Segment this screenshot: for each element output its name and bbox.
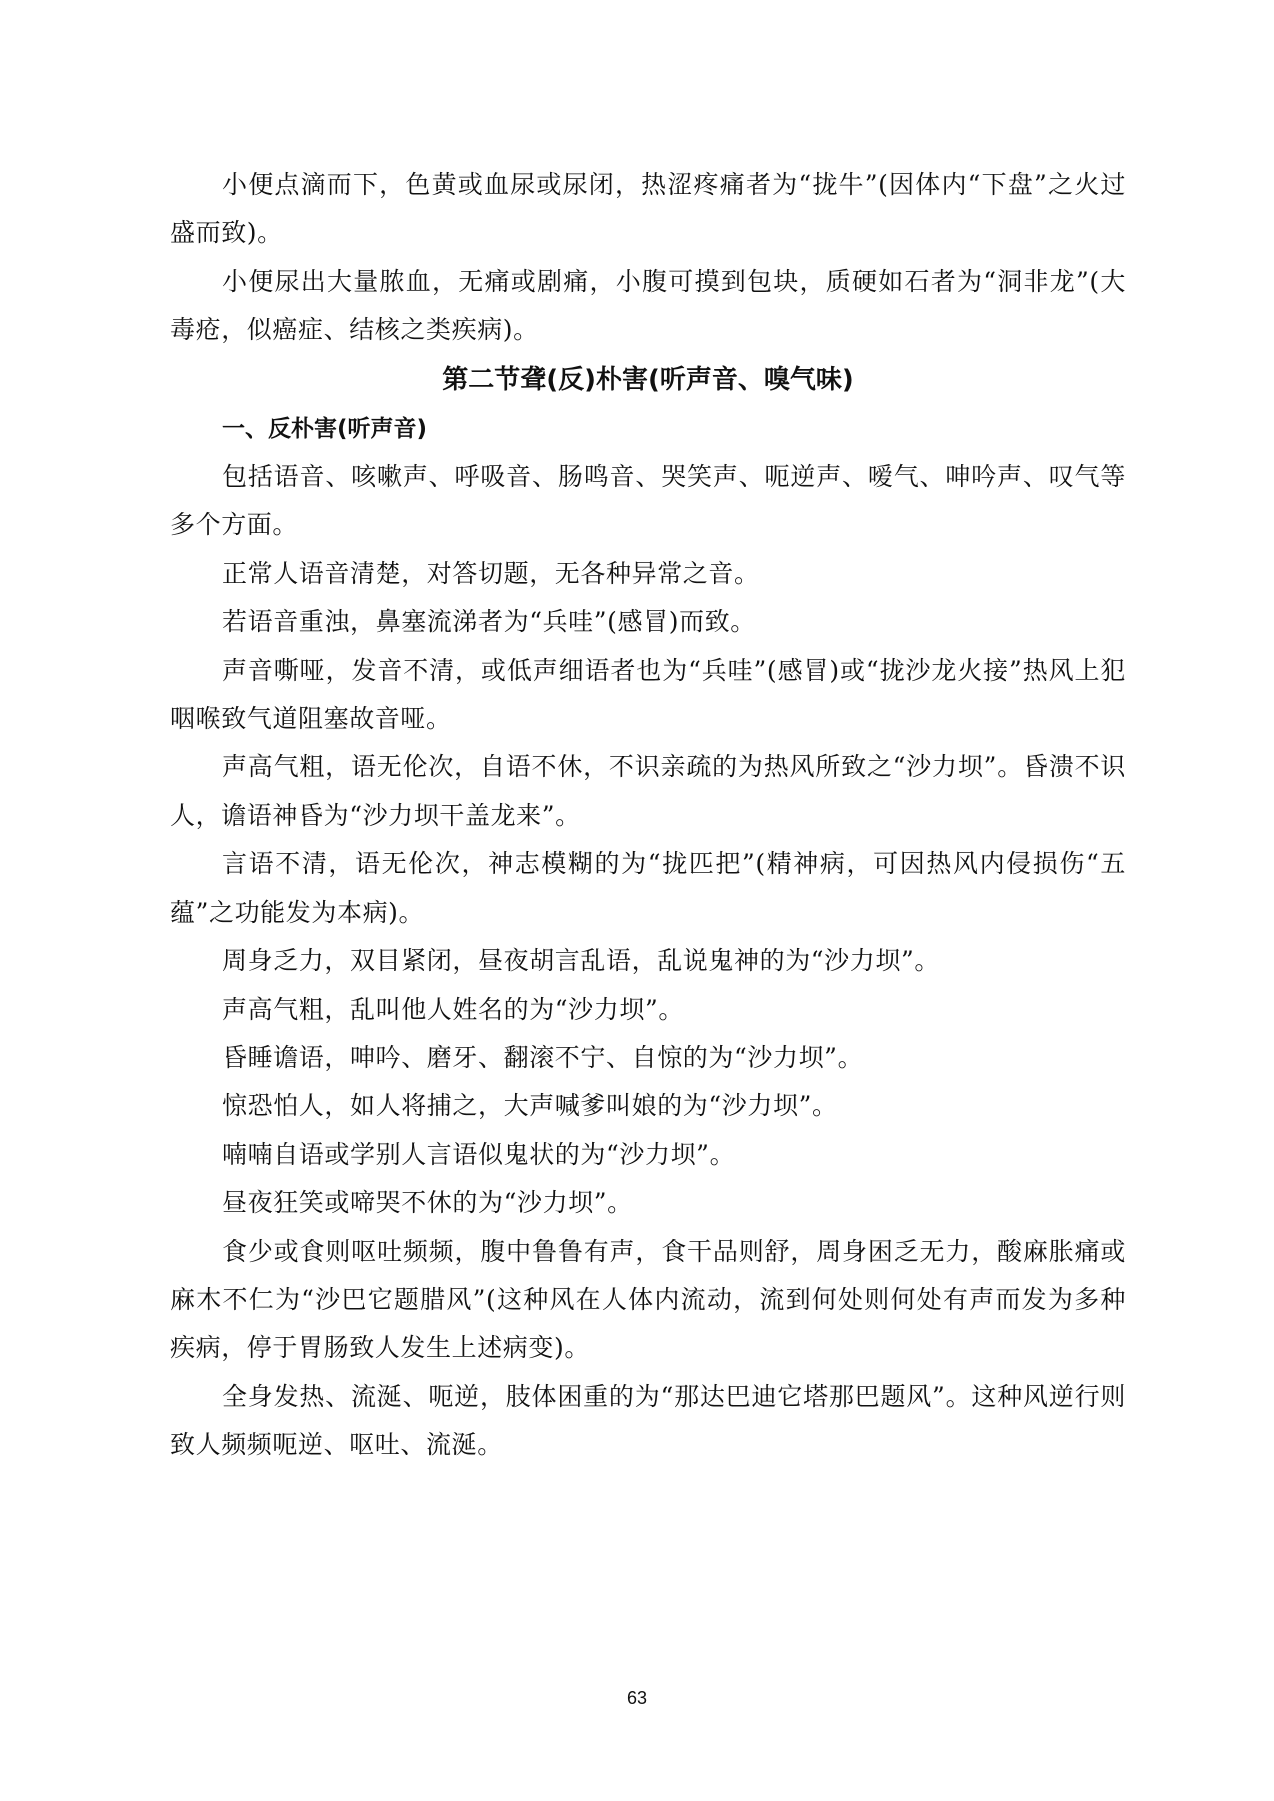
paragraph: 全身发热、流涎、呃逆，肢体困重的为“那达巴迪它塔那巴题风”。这种风逆行则致人频频… <box>170 1373 1126 1470</box>
paragraph: 声高气粗，语无伦次，自语不休，不识亲疏的为热风所致之“沙力坝”。昏溃不识人，谵语… <box>170 743 1126 840</box>
paragraph: 喃喃自语或学别人言语似鬼状的为“沙力坝”。 <box>170 1131 1126 1179</box>
page-number: 63 <box>0 1688 1274 1709</box>
paragraph: 声高气粗，乱叫他人姓名的为“沙力坝”。 <box>170 986 1126 1034</box>
subsection-title: 一、反朴害(听声音) <box>170 405 1126 453</box>
paragraph: 小便尿出大量脓血，无痛或剧痛，小腹可摸到包块，质硬如石者为“洞非龙”(大毒疮，似… <box>170 258 1126 355</box>
paragraph: 言语不清，语无伦次，神志模糊的为“拢匹把”(精神病，可因热风内侵损伤“五蕴”之功… <box>170 840 1126 937</box>
paragraph: 小便点滴而下，色黄或血尿或尿闭，热涩疼痛者为“拢牛”(因体内“下盘”之火过盛而致… <box>170 161 1126 258</box>
paragraph: 若语音重浊，鼻塞流涕者为“兵哇”(感冒)而致。 <box>170 598 1126 646</box>
document-page: 小便点滴而下，色黄或血尿或尿闭，热涩疼痛者为“拢牛”(因体内“下盘”之火过盛而致… <box>170 161 1126 1470</box>
paragraph: 声音嘶哑，发音不清，或低声细语者也为“兵哇”(感冒)或“拢沙龙火接”热风上犯咽喉… <box>170 647 1126 744</box>
paragraph: 包括语音、咳嗽声、呼吸音、肠鸣音、哭笑声、呃逆声、嗳气、呻吟声、叹气等多个方面。 <box>170 453 1126 550</box>
paragraph: 正常人语音清楚，对答切题，无各种异常之音。 <box>170 550 1126 598</box>
section-title: 第二节聋(反)朴害(听声音、嗅气味) <box>170 355 1126 405</box>
paragraph: 昼夜狂笑或啼哭不休的为“沙力坝”。 <box>170 1179 1126 1227</box>
paragraph: 惊恐怕人，如人将捕之，大声喊爹叫娘的为“沙力坝”。 <box>170 1082 1126 1130</box>
paragraph: 食少或食则呕吐频频，腹中鲁鲁有声，食干品则舒，周身困乏无力，酸麻胀痛或麻木不仁为… <box>170 1228 1126 1373</box>
paragraph: 昏睡谵语，呻吟、磨牙、翻滚不宁、自惊的为“沙力坝”。 <box>170 1034 1126 1082</box>
paragraph: 周身乏力，双目紧闭，昼夜胡言乱语，乱说鬼神的为“沙力坝”。 <box>170 937 1126 985</box>
